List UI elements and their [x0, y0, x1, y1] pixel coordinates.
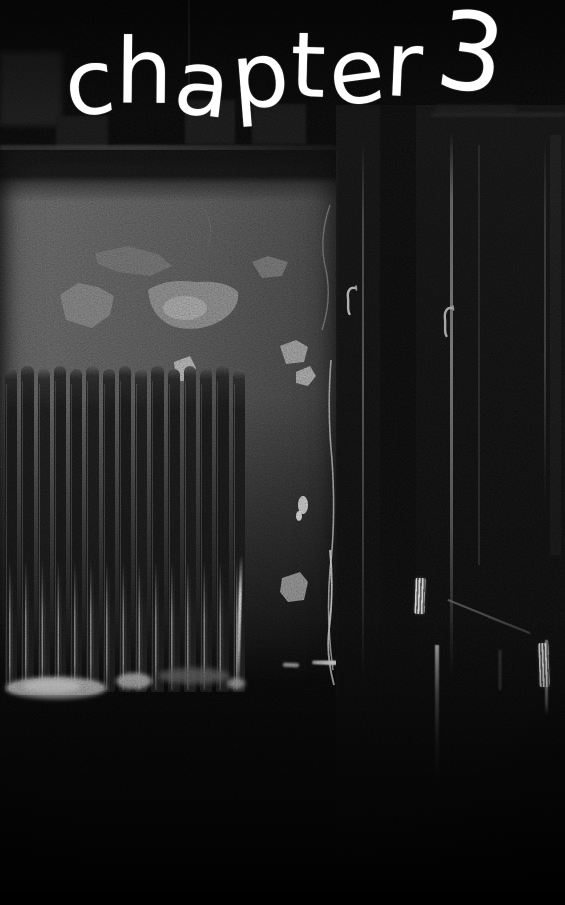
letterbox-bottom [0, 893, 565, 905]
game-screen[interactable]: chapter 3 [0, 0, 565, 905]
chapter-title: chapter 3 [23, 19, 541, 162]
